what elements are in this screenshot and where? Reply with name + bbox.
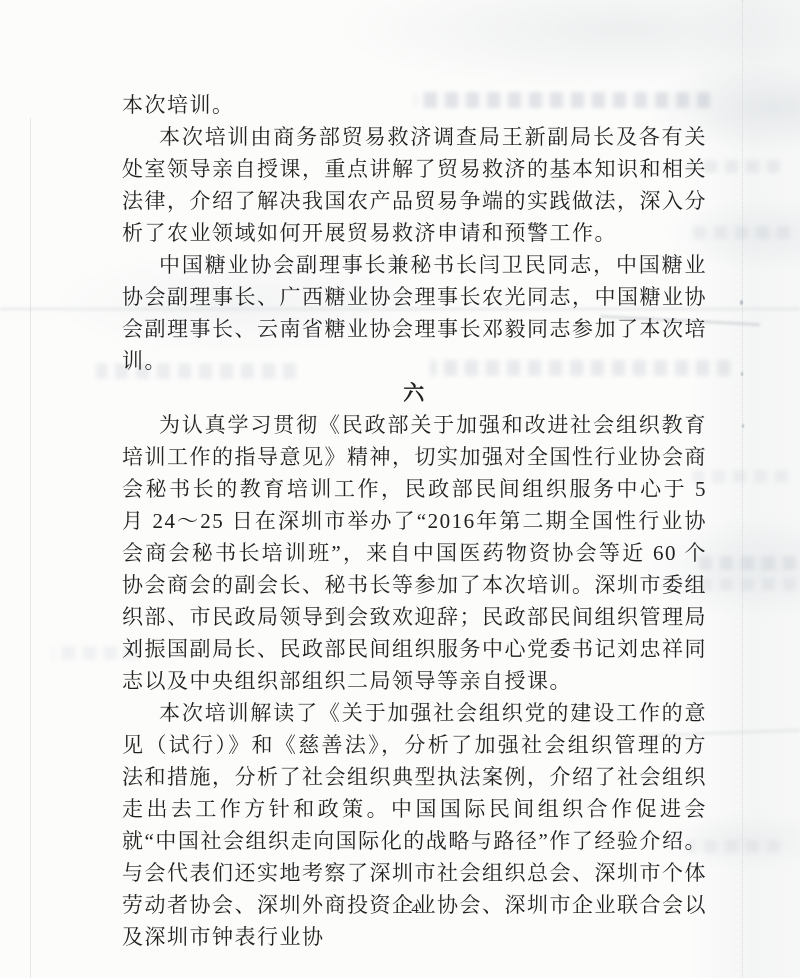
- page-number: 4: [123, 901, 707, 918]
- paragraph: 为认真学习贯彻《民政部关于加强和改进社会组织教育培训工作的指导意见》精神，切实加…: [122, 409, 707, 697]
- paragraph: 本次培训由商务部贸易救济调查局王新副局长及各有关处室领导亲自授课，重点讲解了贸易…: [122, 121, 707, 249]
- scan-speck: [742, 424, 744, 428]
- section-heading: 六: [122, 377, 707, 409]
- bleedthrough-text-line: [696, 556, 796, 570]
- bleedthrough-text-line: [700, 578, 796, 591]
- scan-speck: [741, 372, 743, 376]
- document-body: 本次培训。本次培训由商务部贸易救济调查局王新副局长及各有关处室领导亲自授课，重点…: [122, 89, 707, 953]
- document-page: 本次培训。本次培训由商务部贸易救济调查局王新副局长及各有关处室领导亲自授课，重点…: [0, 0, 800, 978]
- scanner-edge-line: [30, 118, 31, 978]
- fold-crease-line: [742, 0, 743, 978]
- paragraph: 中国糖业协会副理事长兼秘书长闫卫民同志，中国糖业协会副理事长、广西糖业协会理事长…: [122, 249, 707, 377]
- paragraph: 本次培训。: [122, 89, 707, 121]
- scan-speck: [740, 300, 743, 305]
